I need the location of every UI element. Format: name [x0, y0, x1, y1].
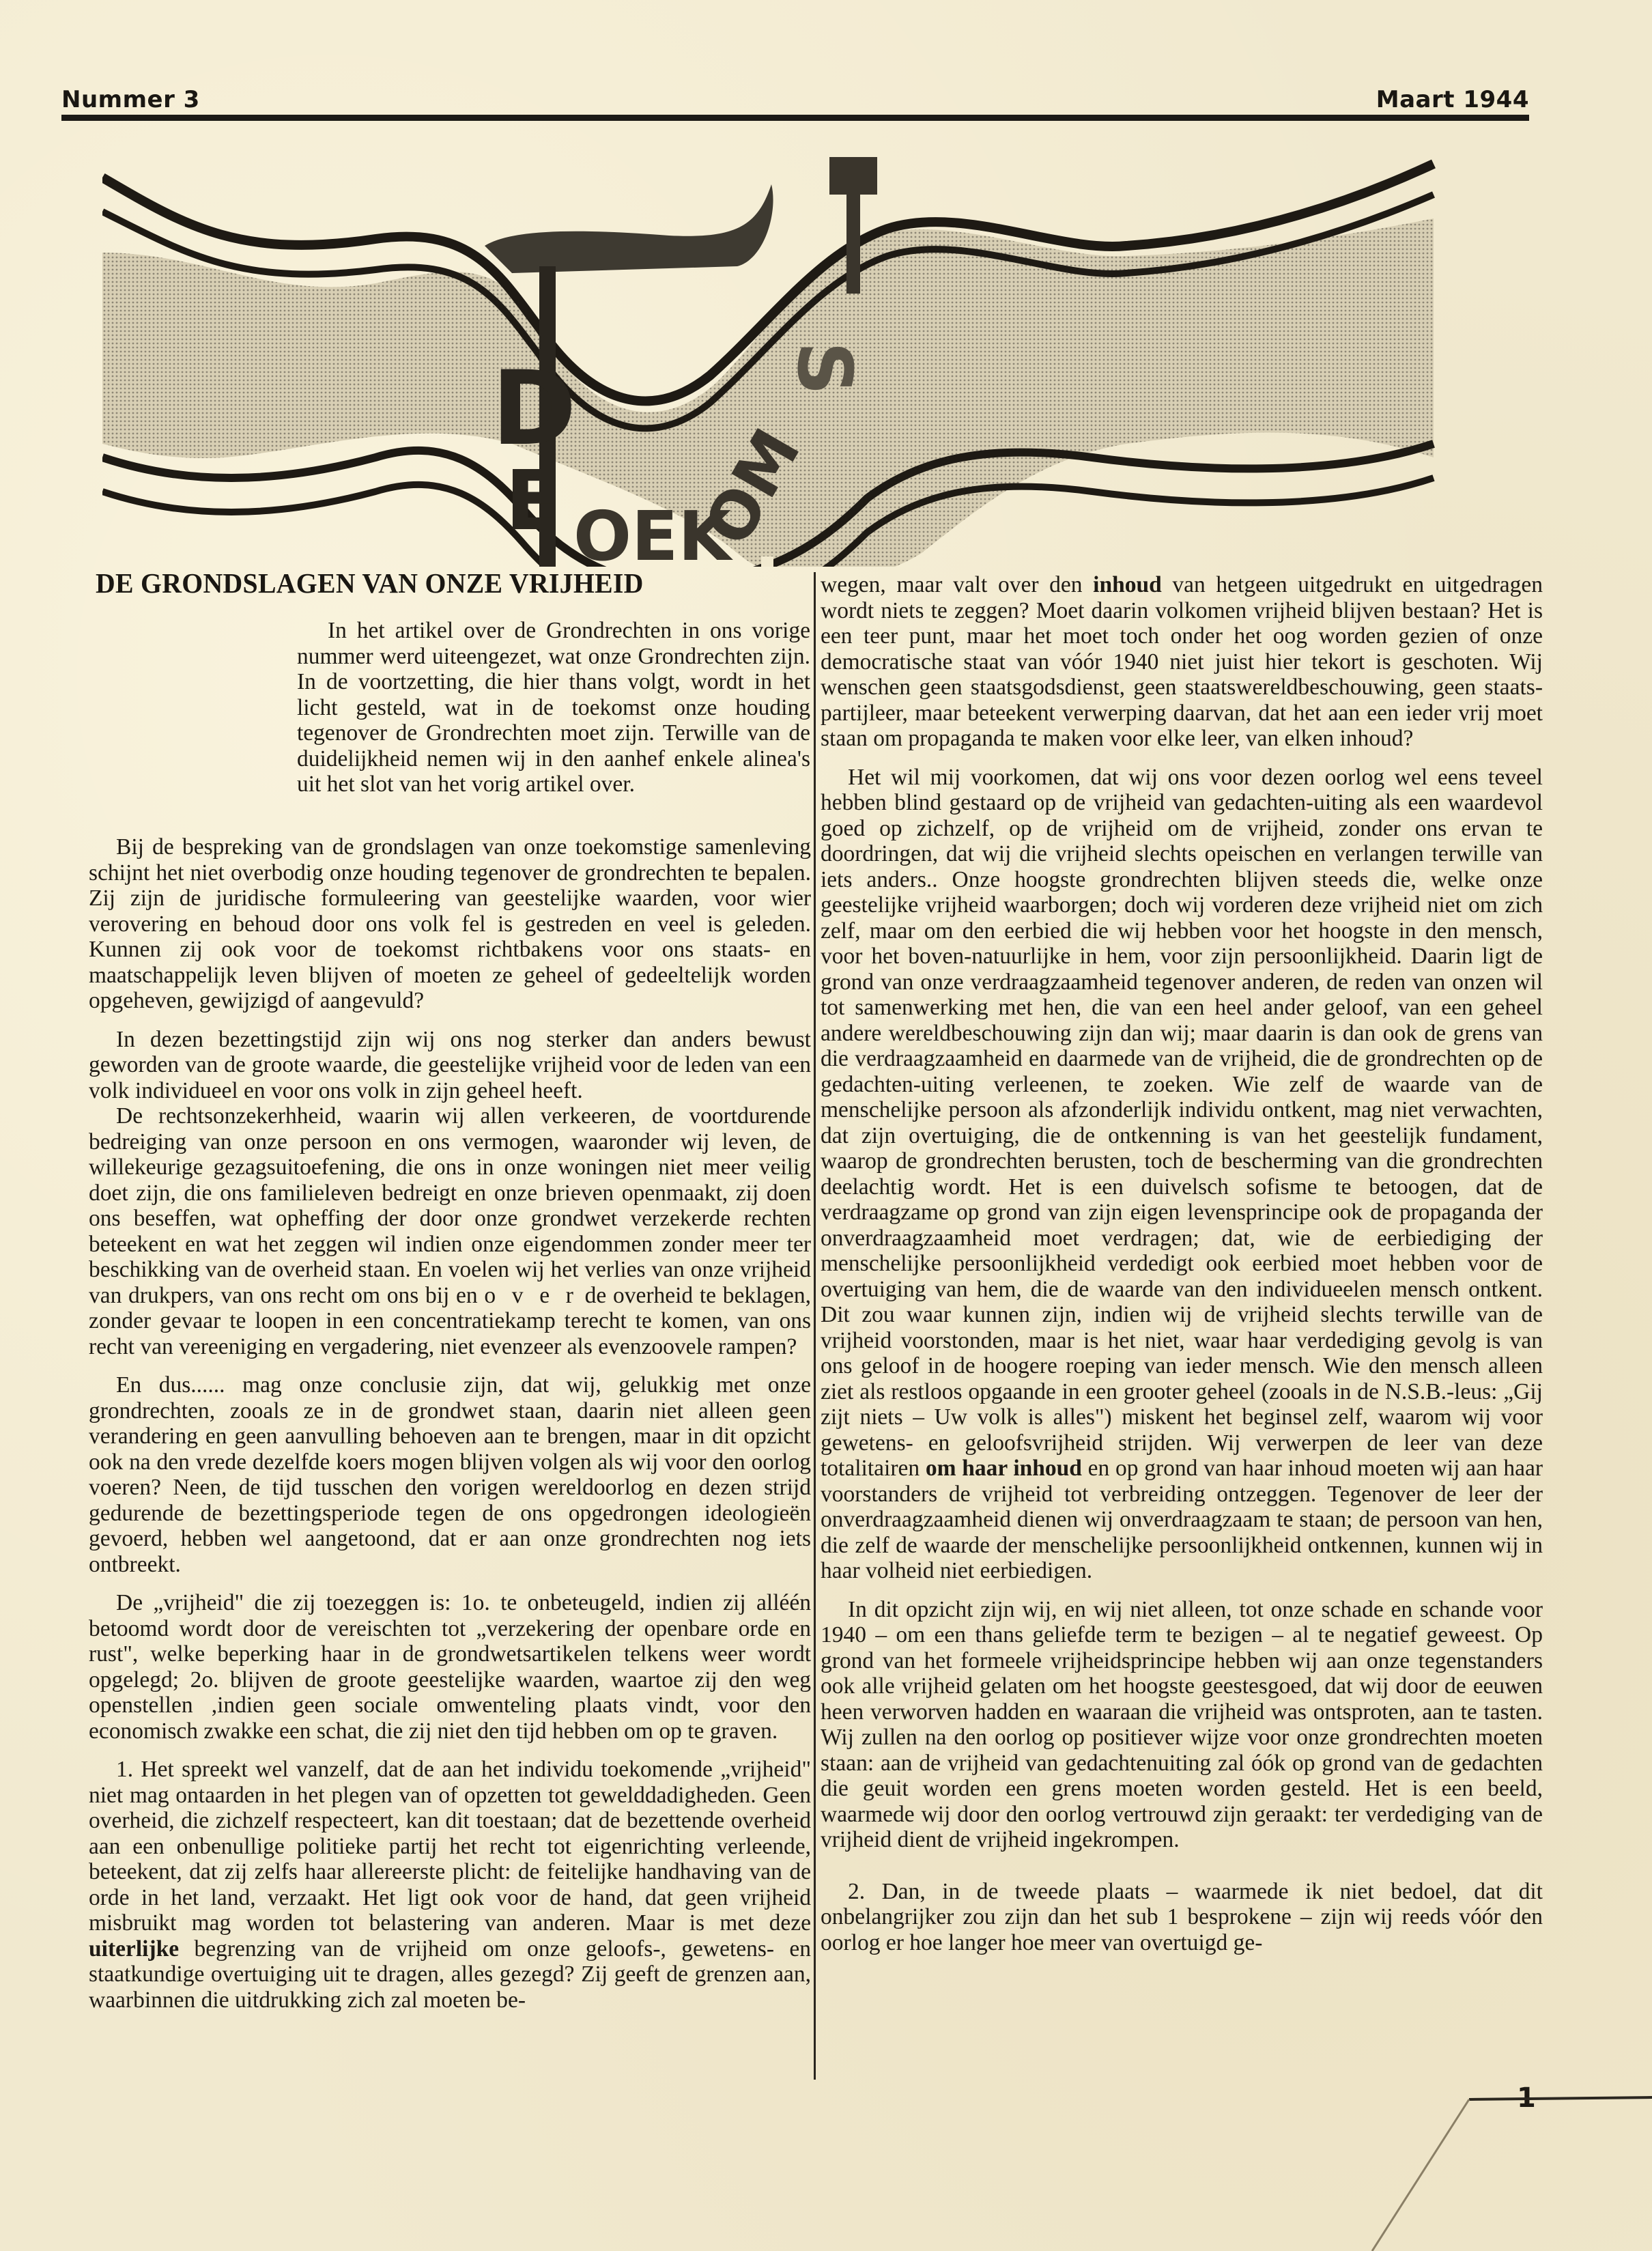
page-number: 1 — [1517, 2082, 1536, 2114]
right-column: wegen, maar valt over den inhoud van het… — [821, 572, 1543, 1968]
paragraph: In dezen bezettingstijd zijn wij ons nog… — [89, 1027, 811, 1104]
left-column: Bij de bespreking van de grondslagen van… — [89, 834, 811, 2026]
paragraph: 2. Dan, in de tweede plaats – waarmede i… — [821, 1879, 1543, 1956]
issue-date: Maart 1944 — [1376, 86, 1529, 113]
paragraph: De rechtsonzekerhheid, waarin wij allen … — [89, 1103, 811, 1359]
paragraph: 1. Het spreekt wel vanzelf, dat de aan h… — [89, 1757, 811, 2013]
paragraph: wegen, maar valt over den inhoud van het… — [821, 572, 1543, 752]
paragraph: De „vrijheid" die zij toezeggen is: 1o. … — [89, 1590, 811, 1744]
article-intro: In het artikel over de Grondrechten in o… — [297, 618, 810, 797]
masthead-letter-d: D — [492, 350, 577, 468]
masthead-logo: D E OEK OM S — [102, 157, 1536, 567]
wave-banner-graphic: D E OEK OM S — [102, 157, 1536, 567]
bold-emphasis: inhoud — [1093, 572, 1162, 597]
svg-text:S: S — [781, 341, 868, 395]
bold-emphasis: om haar inhoud — [926, 1456, 1082, 1481]
bold-emphasis: uiterlijke — [89, 1936, 179, 1962]
paragraph: Bij de bespreking van de grondslagen van… — [89, 834, 811, 1014]
masthead-letter-e: E — [505, 454, 561, 549]
header-rule — [61, 115, 1529, 121]
intro-paragraph: In het artikel over de Grondrechten in o… — [297, 618, 810, 797]
column-divider — [814, 572, 816, 2080]
paragraph: En dus...... mag onze conclusie zijn, da… — [89, 1372, 811, 1577]
article-title: DE GRONDSLAGEN VAN ONZE VRIJHEID — [96, 567, 784, 599]
issue-number: Nummer 3 — [61, 86, 200, 113]
paragraph: Het wil mij voorkomen, dat wij ons voor … — [821, 765, 1543, 1584]
spaced-emphasis: o v e r — [484, 1283, 578, 1308]
paragraph: In dit opzicht zijn wij, en wij niet all… — [821, 1597, 1543, 1853]
